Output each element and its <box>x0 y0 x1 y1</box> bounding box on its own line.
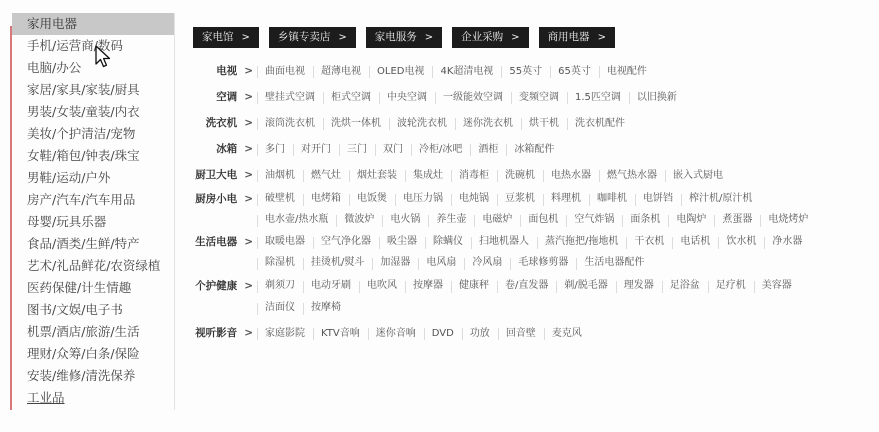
appliance-hall-button[interactable]: 家电馆> <box>193 27 259 48</box>
category-link[interactable]: 取暖电器 <box>257 231 313 252</box>
category-link[interactable]: 波轮洗衣机 <box>389 112 455 135</box>
category-link[interactable]: 超薄电视 <box>313 60 369 83</box>
category-label[interactable]: 厨卫大电> <box>193 164 253 187</box>
category-link[interactable]: 健康秤 <box>451 275 497 297</box>
category-label-text: 个护健康 <box>195 280 237 292</box>
sidebar-item-appliances[interactable]: 家用电器 <box>12 13 174 35</box>
category-sidebar: 家用电器 手机/运营商/数码 电脑/办公 家居/家具/家装/厨具 男装/女装/童… <box>10 13 175 410</box>
category-link[interactable]: 咖啡机 <box>589 188 635 209</box>
category-link[interactable]: 中央空调 <box>379 86 435 109</box>
category-items: 破壁机电烤箱电饭煲电压力锅电炖锅豆浆机料理机咖啡机电饼铛榨汁机/原汁机电水壶/热… <box>253 188 863 230</box>
category-link[interactable]: 干衣机 <box>626 231 672 252</box>
category-label-text: 电视 <box>216 65 237 77</box>
category-link[interactable]: 洗衣机配件 <box>567 112 633 135</box>
category-row-kitchen-small: 厨房小电>破壁机电烤箱电饭煲电压力锅电炖锅豆浆机料理机咖啡机电饼铛榨汁机/原汁机… <box>193 188 873 230</box>
sidebar-item-label: 母婴/玩具乐器 <box>27 214 106 229</box>
category-items: 取暖电器空气净化器吸尘器除螨仪扫地机器人蒸汽拖把/拖地机干衣机电话机饮水机净水器… <box>253 231 863 273</box>
category-link[interactable]: 洗碗机 <box>497 164 543 187</box>
category-link[interactable]: 除螨仪 <box>425 231 471 252</box>
category-link[interactable]: 豆浆机 <box>497 188 543 209</box>
sidebar-item-clothing[interactable]: 男装/女装/童装/内衣 <box>12 101 174 123</box>
chevron-right-icon: > <box>598 27 606 48</box>
sidebar-item-label: 理财/众筹/白条/保险 <box>27 346 140 361</box>
category-link[interactable]: 迷你洗衣机 <box>455 112 521 135</box>
category-link[interactable]: 空气净化器 <box>313 231 379 252</box>
sidebar-item-label: 安装/维修/清洗保养 <box>27 368 135 383</box>
category-link[interactable]: 电炖锅 <box>451 188 497 209</box>
category-link[interactable]: 功放 <box>462 322 498 345</box>
category-link[interactable]: 破壁机 <box>257 188 303 209</box>
category-items: 壁挂式空调柜式空调中央空调一级能效空调变频空调1.5匹空调以旧换新 <box>253 86 863 109</box>
category-link[interactable]: 卷/直发器 <box>497 275 556 297</box>
category-link[interactable]: 电视配件 <box>599 60 655 83</box>
appliance-service-button[interactable]: 家电服务> <box>366 27 442 48</box>
chevron-right-icon: > <box>244 280 253 292</box>
category-link[interactable]: 1.5匹空调 <box>567 86 629 109</box>
category-link[interactable]: 饮水机 <box>718 231 764 252</box>
category-link[interactable]: 麦克风 <box>544 322 590 345</box>
sidebar-item-computers[interactable]: 电脑/办公 <box>12 57 174 79</box>
category-link[interactable]: 生活电器配件 <box>576 252 652 273</box>
category-link[interactable]: 迷你音响 <box>368 322 424 345</box>
category-link[interactable]: 柜式空调 <box>323 86 379 109</box>
sidebar-item-books[interactable]: 图书/文娱/电子书 <box>12 299 174 321</box>
category-link[interactable]: 空气炸锅 <box>566 209 622 230</box>
category-link[interactable]: 电水壶/热水瓶 <box>257 209 336 230</box>
category-link[interactable]: 烟灶套装 <box>349 164 405 187</box>
category-link[interactable]: 油烟机 <box>257 164 303 187</box>
category-link[interactable]: 面条机 <box>622 209 668 230</box>
sidebar-item-food[interactable]: 食品/酒类/生鲜/特产 <box>12 233 174 255</box>
category-link[interactable]: 洁面仪 <box>257 297 303 319</box>
button-label: 乡镇专卖店 <box>278 27 331 48</box>
sidebar-item-label: 家居/家具/家装/厨具 <box>27 82 140 97</box>
category-row-ac: 空调>壁挂式空调柜式空调中央空调一级能效空调变频空调1.5匹空调以旧换新 <box>193 86 873 109</box>
category-link[interactable]: 集成灶 <box>405 164 451 187</box>
category-link[interactable]: 冰箱配件 <box>506 138 562 161</box>
category-link[interactable]: KTV音响 <box>313 322 368 345</box>
category-link[interactable]: 回音壁 <box>498 322 544 345</box>
sidebar-item-label: 工业品 <box>27 390 65 405</box>
category-link[interactable]: 电压力锅 <box>395 188 451 209</box>
category-link[interactable]: 电陶炉 <box>668 209 714 230</box>
sidebar-item-womens-shoes[interactable]: 女鞋/箱包/钟表/珠宝 <box>12 145 174 167</box>
category-link[interactable]: 酒柜 <box>470 138 506 161</box>
category-label-text: 冰箱 <box>216 143 237 155</box>
sidebar-item-label: 女鞋/箱包/钟表/珠宝 <box>27 148 140 163</box>
category-link[interactable]: 电吹风 <box>359 275 405 297</box>
sidebar-item-baby[interactable]: 母婴/玩具乐器 <box>12 211 174 233</box>
category-label[interactable]: 生活电器> <box>193 231 253 254</box>
category-link[interactable]: 按摩椅 <box>303 297 349 319</box>
category-row-washer: 洗衣机>滚筒洗衣机洗烘一体机波轮洗衣机迷你洗衣机烘干机洗衣机配件 <box>193 112 873 135</box>
category-row-personal-care: 个护健康>剃须刀电动牙刷电吹风按摩器健康秤卷/直发器剃/脱毛器理发器足浴盆足疗机… <box>193 275 873 319</box>
category-link[interactable]: 多门 <box>257 138 293 161</box>
sidebar-item-label: 电脑/办公 <box>27 60 81 75</box>
category-link[interactable]: 三门 <box>339 138 375 161</box>
sidebar-item-label: 医药保健/计生情趣 <box>27 280 131 295</box>
category-link[interactable]: 美容器 <box>754 275 800 297</box>
category-label[interactable]: 冰箱> <box>193 138 253 161</box>
chevron-right-icon: > <box>244 169 253 181</box>
sidebar-item-label: 家用电器 <box>27 16 77 31</box>
category-row-tv: 电视>曲面电视超薄电视OLED电视4K超清电视55英寸65英寸电视配件 <box>193 60 873 83</box>
sidebar-item-finance[interactable]: 理财/众筹/白条/保险 <box>12 343 174 365</box>
category-label-text: 视听影音 <box>195 327 237 339</box>
category-row-fridge: 冰箱>多门对开门三门双门冷柜/冰吧酒柜冰箱配件 <box>193 138 873 161</box>
sidebar-item-services[interactable]: 安装/维修/清洗保养 <box>12 365 174 387</box>
button-label: 家电服务 <box>375 27 417 48</box>
sidebar-item-home[interactable]: 家居/家具/家装/厨具 <box>12 79 174 101</box>
category-label-text: 空调 <box>216 91 237 103</box>
sidebar-item-mens-shoes[interactable]: 男鞋/运动/户外 <box>12 167 174 189</box>
category-link[interactable]: 烘干机 <box>521 112 567 135</box>
category-link[interactable]: 对开门 <box>293 138 339 161</box>
category-link[interactable]: 电动牙刷 <box>303 275 359 297</box>
sidebar-item-label: 男鞋/运动/户外 <box>27 170 110 185</box>
category-link[interactable]: 电话机 <box>672 231 718 252</box>
category-label[interactable]: 电视> <box>193 60 253 83</box>
category-link[interactable]: 足浴盆 <box>662 275 708 297</box>
category-link[interactable]: 家庭影院 <box>257 322 313 345</box>
category-label[interactable]: 空调> <box>193 86 253 109</box>
chevron-right-icon: > <box>511 27 519 48</box>
sidebar-item-beauty[interactable]: 美妆/个护清洁/宠物 <box>12 123 174 145</box>
chevron-right-icon: > <box>244 193 253 205</box>
category-link[interactable]: 净水器 <box>764 231 810 252</box>
enterprise-purchase-button[interactable]: 企业采购> <box>452 27 528 48</box>
category-detail-panel: 家电馆> 乡镇专卖店> 家电服务> 企业采购> 商用电器> 电视>曲面电视超薄电… <box>193 27 873 48</box>
category-label-text: 厨卫大电 <box>195 169 237 181</box>
category-link[interactable]: 剃/脱毛器 <box>556 275 615 297</box>
sidebar-item-label: 艺术/礼品鲜花/农资绿植 <box>27 258 160 273</box>
category-items: 多门对开门三门双门冷柜/冰吧酒柜冰箱配件 <box>253 138 863 161</box>
category-link[interactable]: 冷柜/冰吧 <box>411 138 470 161</box>
button-label: 家电馆 <box>202 27 234 48</box>
category-link[interactable]: 冷风扇 <box>464 252 510 273</box>
category-link[interactable]: 曲面电视 <box>257 60 313 83</box>
sidebar-item-label: 机票/酒店/旅游/生活 <box>27 324 140 339</box>
category-link[interactable]: 变频空调 <box>511 86 567 109</box>
category-link[interactable]: 嵌入式厨电 <box>665 164 731 187</box>
category-link[interactable]: 55英寸 <box>501 60 550 83</box>
category-link[interactable]: 蒸汽拖把/拖地机 <box>537 231 626 252</box>
chevron-right-icon: > <box>244 327 253 339</box>
chevron-right-icon: > <box>244 91 253 103</box>
category-label[interactable]: 视听影音> <box>193 322 253 345</box>
sidebar-list: 家用电器 手机/运营商/数码 电脑/办公 家居/家具/家装/厨具 男装/女装/童… <box>12 13 174 409</box>
category-row-audio-video: 视听影音>家庭影院KTV音响迷你音响DVD功放回音壁麦克风 <box>193 322 873 345</box>
commercial-appliance-button[interactable]: 商用电器> <box>539 27 615 48</box>
sidebar-item-label: 美妆/个护清洁/宠物 <box>27 126 135 141</box>
category-row-kitchen-large: 厨卫大电>油烟机燃气灶烟灶套装集成灶消毒柜洗碗机电热水器燃气热水器嵌入式厨电 <box>193 164 873 187</box>
category-link[interactable]: 消毒柜 <box>451 164 497 187</box>
sidebar-item-art[interactable]: 艺术/礼品鲜花/农资绿植 <box>12 255 174 277</box>
chevron-right-icon: > <box>244 117 253 129</box>
category-label[interactable]: 洗衣机> <box>193 112 253 135</box>
category-link[interactable]: 微波炉 <box>336 209 382 230</box>
sidebar-item-label: 房产/汽车/汽车用品 <box>27 192 135 207</box>
category-link[interactable]: 面包机 <box>520 209 566 230</box>
sidebar-item-label: 食品/酒类/生鲜/特产 <box>27 236 140 251</box>
township-store-button[interactable]: 乡镇专卖店> <box>269 27 356 48</box>
category-link[interactable]: 电饭煲 <box>349 188 395 209</box>
category-link[interactable]: 榨汁机/原汁机 <box>681 188 760 209</box>
button-label: 企业采购 <box>461 27 503 48</box>
chevron-right-icon: > <box>244 143 253 155</box>
sidebar-item-health[interactable]: 医药保健/计生情趣 <box>12 277 174 299</box>
category-link[interactable]: DVD <box>424 322 462 345</box>
chevron-right-icon: > <box>425 27 433 48</box>
sidebar-item-travel[interactable]: 机票/酒店/旅游/生活 <box>12 321 174 343</box>
sidebar-item-auto[interactable]: 房产/汽车/汽车用品 <box>12 189 174 211</box>
sidebar-item-industrial[interactable]: 工业品 <box>12 387 174 409</box>
category-link[interactable]: OLED电视 <box>369 60 432 83</box>
category-link[interactable]: 洗烘一体机 <box>323 112 389 135</box>
chevron-right-icon: > <box>242 27 250 48</box>
category-label-text: 厨房小电 <box>195 193 237 205</box>
category-link[interactable]: 电热水器 <box>543 164 599 187</box>
category-link[interactable]: 一级能效空调 <box>435 86 511 109</box>
category-label-text: 洗衣机 <box>206 117 238 129</box>
category-link[interactable]: 养生壶 <box>428 209 474 230</box>
category-link[interactable]: 燃气热水器 <box>599 164 665 187</box>
button-label: 商用电器 <box>548 27 590 48</box>
category-link[interactable]: 料理机 <box>543 188 589 209</box>
category-link[interactable]: 扫地机器人 <box>471 231 537 252</box>
chevron-right-icon: > <box>244 65 253 77</box>
sidebar-item-label: 图书/文娱/电子书 <box>27 302 123 317</box>
category-list: 电视>曲面电视超薄电视OLED电视4K超清电视55英寸65英寸电视配件空调>壁挂… <box>193 60 873 345</box>
category-items: 滚筒洗衣机洗烘一体机波轮洗衣机迷你洗衣机烘干机洗衣机配件 <box>253 112 863 135</box>
chevron-right-icon: > <box>338 27 346 48</box>
category-link[interactable]: 电风扇 <box>418 252 464 273</box>
category-link[interactable]: 毛球修剪器 <box>510 252 576 273</box>
category-link[interactable]: 滚筒洗衣机 <box>257 112 323 135</box>
category-link[interactable]: 剃须刀 <box>257 275 303 297</box>
category-row-home-living: 生活电器>取暖电器空气净化器吸尘器除螨仪扫地机器人蒸汽拖把/拖地机干衣机电话机饮… <box>193 231 873 273</box>
category-label-text: 生活电器 <box>195 236 237 248</box>
category-link[interactable]: 电烤箱 <box>303 188 349 209</box>
category-link[interactable]: 电饼铛 <box>635 188 681 209</box>
category-link[interactable]: 足疗机 <box>708 275 754 297</box>
category-link[interactable]: 4K超清电视 <box>432 60 501 83</box>
sidebar-item-label: 手机/运营商/数码 <box>27 38 123 53</box>
category-label[interactable]: 厨房小电> <box>193 188 253 211</box>
category-link[interactable]: 壁挂式空调 <box>257 86 323 109</box>
category-link[interactable]: 挂烫机/熨斗 <box>303 252 372 273</box>
sidebar-item-label: 男装/女装/童装/内衣 <box>27 104 140 119</box>
category-items: 油烟机燃气灶烟灶套装集成灶消毒柜洗碗机电热水器燃气热水器嵌入式厨电 <box>253 164 863 187</box>
sidebar-item-phones[interactable]: 手机/运营商/数码 <box>12 35 174 57</box>
category-link[interactable]: 65英寸 <box>550 60 599 83</box>
category-items: 家庭影院KTV音响迷你音响DVD功放回音壁麦克风 <box>253 322 863 345</box>
chevron-right-icon: > <box>244 236 253 248</box>
category-link[interactable]: 以旧换新 <box>629 86 685 109</box>
category-items: 剃须刀电动牙刷电吹风按摩器健康秤卷/直发器剃/脱毛器理发器足浴盆足疗机美容器洁面… <box>253 275 863 319</box>
category-link[interactable]: 吸尘器 <box>379 231 425 252</box>
category-label[interactable]: 个护健康> <box>193 275 253 298</box>
category-items: 曲面电视超薄电视OLED电视4K超清电视55英寸65英寸电视配件 <box>253 60 863 83</box>
category-link[interactable]: 电烧烤炉 <box>760 209 816 230</box>
category-link[interactable]: 燃气灶 <box>303 164 349 187</box>
category-link[interactable]: 电火锅 <box>382 209 428 230</box>
category-link[interactable]: 按摩器 <box>405 275 451 297</box>
category-link[interactable]: 电磁炉 <box>474 209 520 230</box>
category-link[interactable]: 加湿器 <box>372 252 418 273</box>
top-button-row: 家电馆> 乡镇专卖店> 家电服务> 企业采购> 商用电器> <box>193 27 873 48</box>
category-link[interactable]: 双门 <box>375 138 411 161</box>
category-link[interactable]: 煮蛋器 <box>714 209 760 230</box>
category-link[interactable]: 理发器 <box>616 275 662 297</box>
category-link[interactable]: 除湿机 <box>257 252 303 273</box>
